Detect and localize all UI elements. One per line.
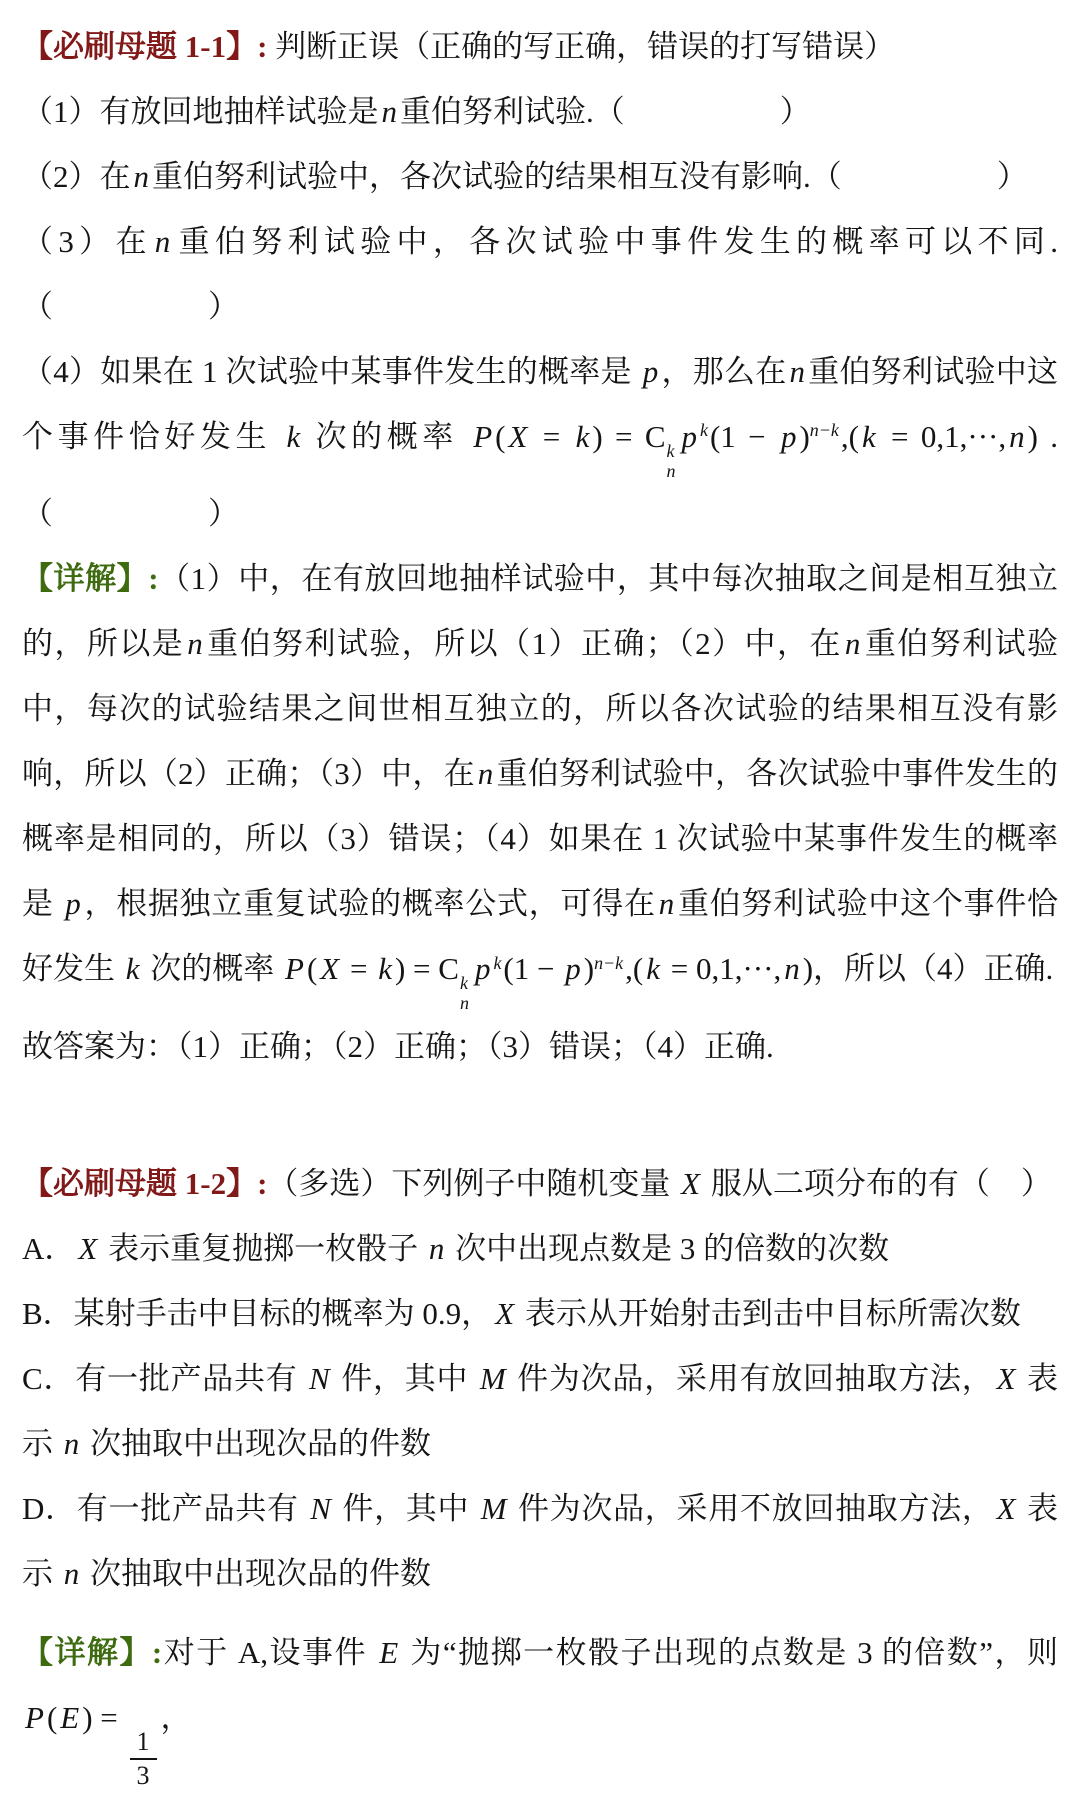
math-variable: k [859, 419, 879, 454]
math-variable: n [61, 1556, 83, 1591]
option-b: B．某射手击中目标的概率为 0.9，X 表示从开始射击到击中目标所需次数 [22, 1281, 1058, 1346]
math-variable: p [472, 951, 494, 986]
text-run: 为“抛掷一枚骰子出现的点数是 3 的倍数”，则 [401, 1635, 1058, 1670]
text-run: 重伯努利试验中，各次试验中事件发生的概率可以不同.（ ） [22, 224, 1058, 324]
text-run: （多选）下列例子中随机变量 [267, 1166, 678, 1201]
text-run: （2）在 [22, 159, 131, 194]
text-run: ) [584, 951, 594, 986]
text-run: C．有一批产品共有 [22, 1361, 306, 1396]
math-variable: E [57, 1700, 82, 1735]
text-run: 对于 A,设事件 [162, 1635, 376, 1670]
text-run: ，根据独立重复试验的概率公式，可得在 [84, 886, 656, 921]
text-run: 表示从开始射击到击中目标所需次数 [517, 1296, 1021, 1331]
text-run: （1）有放回地抽样试验是 [22, 94, 379, 129]
math-variable: X [994, 1491, 1019, 1526]
text-run: ,( [625, 951, 643, 986]
text-run: 件为次品，采用不放回抽取方法， [510, 1491, 994, 1526]
text-run: D．有一批产品共有 [22, 1491, 307, 1526]
math-variable: k [283, 419, 303, 454]
math-variable: E [376, 1635, 401, 1670]
math-variable: X [75, 1231, 100, 1266]
math-variable: n [426, 1231, 448, 1266]
problem-1-1-tag: 【必刷母题 1-1】: [22, 29, 267, 64]
math-variable: P [470, 419, 495, 454]
text-run: 次抽取中出现次品的件数 [82, 1426, 431, 1461]
text-run: 次的概率 [143, 951, 283, 986]
math-superscript: n−k [594, 953, 625, 973]
math-variable: n [475, 756, 497, 791]
math-variable: n [787, 354, 809, 389]
solution-1-2: 【详解】:对于 A,设事件 E 为“抛掷一枚骰子出现的点数是 3 的倍数”，则 … [22, 1620, 1058, 1791]
text-run: 件，其中 [333, 1361, 477, 1396]
text-run: 表示重复抛掷一枚骰子 [100, 1231, 426, 1266]
math-variable: k [375, 951, 395, 986]
text-run: 重伯努利试验.（ ） [400, 94, 811, 129]
math-variable: n [131, 159, 153, 194]
math-variable: N [306, 1361, 333, 1396]
text-run: ) [799, 419, 809, 454]
text-run: 件为次品，采用有放回抽取方法， [509, 1361, 994, 1396]
text-run: 重伯努利试验中，各次试验的结果相互没有影响.（ ） [152, 159, 1028, 194]
text-run: = 0,1,···, [663, 951, 781, 986]
text-run: 故答案为：（1）正确；（2）正确；（3）错误；（4）正确. [22, 1029, 774, 1064]
option-c: C．有一批产品共有 N 件，其中 M 件为次品，采用有放回抽取方法，X 表示 n… [22, 1346, 1058, 1476]
text-run: ) = C [395, 951, 459, 986]
math-fraction: 13 [126, 1727, 161, 1791]
text-run: 服从二项分布的有（ ） [703, 1166, 1052, 1201]
problem-1-1-statement-4: （4）如果在 1 次试验中某事件发生的概率是 p，那么在n重伯努利试验中这个事件… [22, 339, 1058, 546]
option-a: A．X 表示重复抛掷一枚骰子 n 次中出现点数是 3 的倍数的次数 [22, 1216, 1058, 1281]
text-run: )，所以（4）正确. [803, 951, 1054, 986]
problem-1-2-header: 【必刷母题 1-2】:（多选）下列例子中随机变量 X 服从二项分布的有（ ） [22, 1151, 1058, 1216]
math-variable: p [640, 354, 662, 389]
problem-1-2-intro: （多选）下列例子中随机变量 X 服从二项分布的有（ ） [267, 1166, 1051, 1201]
text-run: ) = [82, 1700, 125, 1735]
text-run: 重伯努利试验，所以（1）正确；（2）中，在 [206, 626, 842, 661]
text-run: ( [495, 419, 505, 454]
math-variable: n [152, 224, 174, 259]
math-variable: X [492, 1296, 517, 1331]
math-variable: P [282, 951, 307, 986]
text-run: （4）如果在 1 次试验中某事件发生的概率是 [22, 354, 640, 389]
math-variable: X [317, 951, 342, 986]
problem-1-1-statement-3: （3）在n重伯努利试验中，各次试验中事件发生的概率可以不同.（ ） [22, 209, 1058, 339]
math-sup-sub-stack: kn [459, 974, 472, 1014]
math-variable: n [61, 1426, 83, 1461]
math-variable: X [994, 1361, 1019, 1396]
solution-1-1-answer: 故答案为：（1）正确；（2）正确；（3）错误；（4）正确. [22, 1014, 1058, 1079]
text-run: = 0,1,···, [879, 419, 1006, 454]
problem-1-1-statement-2: （2）在n重伯努利试验中，各次试验的结果相互没有影响.（ ） [22, 144, 1058, 209]
math-variable: k [643, 951, 663, 986]
option-d: D．有一批产品共有 N 件，其中 M 件为次品，采用不放回抽取方法，X 表示 n… [22, 1476, 1058, 1606]
math-variable: k [123, 951, 143, 986]
math-variable: M [478, 1491, 510, 1526]
math-superscript: k [493, 953, 503, 973]
math-variable: n [842, 626, 864, 661]
text-run: ( [307, 951, 317, 986]
math-variable: X [505, 419, 530, 454]
math-variable: p [62, 886, 84, 921]
text-run: = [530, 419, 572, 454]
math-variable: n [781, 951, 803, 986]
math-variable: p [778, 419, 800, 454]
text-run: ) = C [592, 419, 665, 454]
math-variable: P [22, 1700, 47, 1735]
problem-1-2-tag: 【必刷母题 1-2】: [22, 1166, 267, 1201]
text-run: 次的概率 [303, 419, 470, 454]
math-superscript: n−k [810, 420, 841, 440]
math-variable: n [1006, 419, 1028, 454]
text-run: (1 − [710, 419, 778, 454]
problem-1-1-intro: 判断正误（正确的写正确，错误的打写错误） [267, 29, 895, 64]
solution-1-2-body: 对于 A,设事件 E 为“抛掷一枚骰子出现的点数是 3 的倍数”，则 P(E) … [22, 1635, 1058, 1735]
text-run: B．某射手击中目标的概率为 0.9， [22, 1296, 492, 1331]
document-page: 【必刷母题 1-1】: 判断正误（正确的写正确，错误的打写错误） （1）有放回地… [0, 0, 1080, 1811]
section-divider-gap [22, 1079, 1058, 1151]
text-run: ,( [841, 419, 859, 454]
math-variable: M [477, 1361, 509, 1396]
math-variable: k [573, 419, 593, 454]
solution-1-1-body: （1）中，在有放回地抽样试验中，其中每次抽取之间是相互独立的，所以是n重伯努利试… [22, 561, 1058, 986]
math-variable: N [307, 1491, 334, 1526]
math-variable: n [184, 626, 206, 661]
text-run: 次抽取中出现次品的件数 [82, 1556, 431, 1591]
solution-1-1: 【详解】:（1）中，在有放回地抽样试验中，其中每次抽取之间是相互独立的，所以是n… [22, 546, 1058, 1013]
math-variable: X [678, 1166, 703, 1201]
math-variable: p [678, 419, 700, 454]
text-run: 判断正误（正确的写正确，错误的打写错误） [267, 29, 895, 64]
solution-1-2-tag: 【详解】: [22, 1635, 162, 1670]
text-run: 件，其中 [334, 1491, 478, 1526]
problem-1-1-header: 【必刷母题 1-1】: 判断正误（正确的写正确，错误的打写错误） [22, 14, 1058, 79]
text-run: ，那么在 [661, 354, 786, 389]
text-run: ( [47, 1700, 57, 1735]
text-run: = [342, 951, 375, 986]
solution-1-1-tag: 【详解】: [22, 561, 159, 596]
math-variable: n [379, 94, 401, 129]
text-run: (1 − [503, 951, 562, 986]
math-variable: p [562, 951, 584, 986]
math-variable: n [656, 886, 678, 921]
text-run: 次中出现点数是 3 的倍数的次数 [447, 1231, 889, 1266]
text-run: ， [161, 1700, 192, 1735]
problem-1-1-statement-1: （1）有放回地抽样试验是n重伯努利试验.（ ） [22, 79, 1058, 144]
math-sup-sub-stack: kn [666, 442, 679, 482]
text-run: A． [22, 1231, 75, 1266]
text-run: （3）在 [22, 224, 152, 259]
math-superscript: k [700, 420, 710, 440]
